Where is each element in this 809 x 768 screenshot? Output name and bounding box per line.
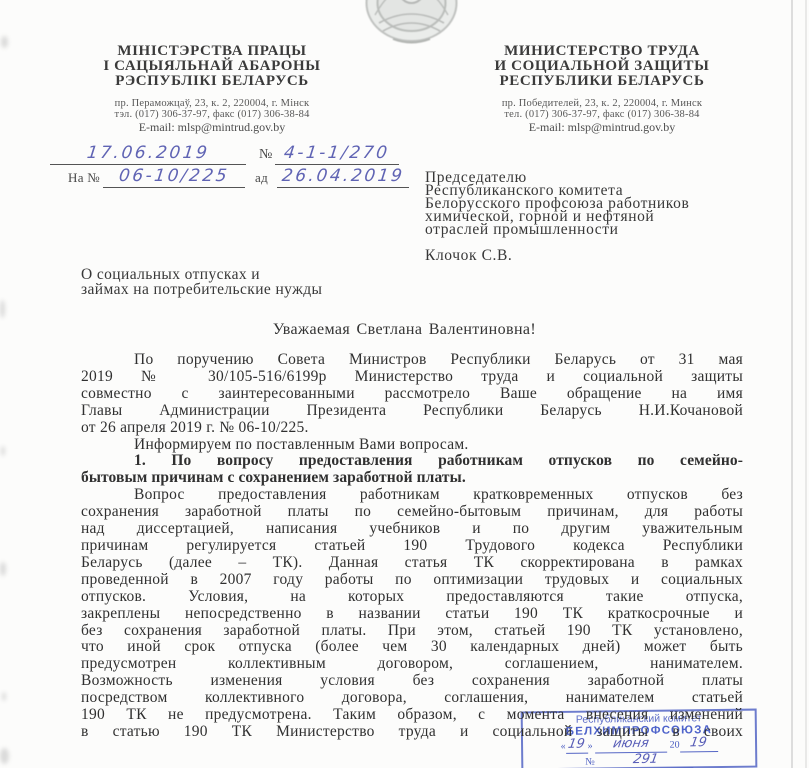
body-line: сохранения заработной платы по семейно-б… bbox=[81, 504, 743, 521]
greeting: Уважаемая Светлана Валентиновна! bbox=[0, 321, 809, 339]
body-line: причинам регулируется статьей 190 Трудов… bbox=[81, 538, 743, 555]
org-address-line: тел. (017) 306-37-97, факс (017) 306-38-… bbox=[420, 110, 784, 121]
org-email: E-mail: mlsp@mintrud.gov.by bbox=[420, 121, 784, 133]
org-email: E-mail: mlsp@mintrud.gov.by bbox=[36, 121, 388, 133]
scan-artifact bbox=[1, 446, 5, 456]
handwritten-stamp-number: 291 bbox=[632, 754, 659, 765]
scan-artifact bbox=[2, 692, 6, 701]
body-line: 190 ТК не предусмотрена. Таким образом, … bbox=[81, 707, 743, 724]
org-address-line: пр. Победителей, 23, к. 2, 220004, г. Ми… bbox=[420, 99, 784, 110]
handwritten-outgoing-number: 4-1-1/270 bbox=[283, 142, 391, 164]
org-address-line: пр. Пераможцаў, 23, к. 2, 220004, г. Мін… bbox=[36, 99, 388, 110]
org-header-russian: МИНИСТЕРСТВО ТРУДА И СОЦИАЛЬНОЙ ЗАЩИТЫ Р… bbox=[420, 44, 784, 133]
org-title-line: И СОЦИАЛЬНОЙ ЗАЩИТЫ bbox=[420, 59, 784, 74]
stamp-number-line: № 291 bbox=[523, 753, 755, 768]
scan-artifact bbox=[1, 36, 8, 48]
org-address: пр. Пераможцаў, 23, к. 2, 220004, г. Мін… bbox=[36, 99, 388, 120]
body-line: посредством коллективного договора, согл… bbox=[81, 690, 743, 707]
addressee-line: отраслей промышленности bbox=[425, 224, 765, 237]
outgoing-number-label: № bbox=[259, 147, 273, 163]
org-title-line: РЕСПУБЛИКИ БЕЛАРУСЬ bbox=[420, 74, 784, 89]
stamp-quote-close: » bbox=[588, 741, 593, 752]
handwritten-outgoing-date: 17.06.2019 bbox=[85, 142, 210, 164]
incoming-number-label: На № bbox=[68, 170, 100, 186]
scan-artifact bbox=[0, 562, 6, 576]
outgoing-date-field: 17.06.2019 bbox=[50, 142, 246, 165]
body-line: проведенной в 2007 году работы по оптими… bbox=[81, 572, 743, 589]
body-line: что иной срок отпуска (более чем 30 кале… bbox=[81, 639, 743, 656]
stamp-year-prefix: 20 bbox=[670, 740, 680, 751]
scan-artifact bbox=[0, 748, 9, 764]
scanned-letter-page: МІНІСТЭРСТВА ПРАЦЫ І САЦЫЯЛЬНАЙ АБАРОНЫ … bbox=[0, 0, 809, 768]
body-line: отпусков. Условия, на которых предоставл… bbox=[81, 589, 743, 606]
org-title-line: МИНИСТЕРСТВО ТРУДА bbox=[420, 44, 784, 59]
body-line: 2019 № 30/105-516/6199р Министерство тру… bbox=[81, 369, 743, 386]
addressee-block: Председателю Республиканского комитета Б… bbox=[425, 172, 765, 262]
scan-edge-line bbox=[805, 0, 807, 768]
incoming-date-field: 26.04.2019 bbox=[277, 165, 409, 188]
body-line: совместно с заинтересованными рассмотрел… bbox=[81, 386, 743, 403]
body-line: закреплены непосредственно в названии ст… bbox=[81, 606, 743, 623]
body-line: без сохранения заработной платы. При это… bbox=[81, 623, 743, 640]
incoming-date-label: ад bbox=[255, 170, 268, 186]
coat-of-arms-icon bbox=[363, 0, 460, 47]
body-line: от 26 апреля 2019 г. № 06-10/225. bbox=[81, 420, 743, 437]
org-address-line: тэл. (017) 306-37-97, факс (017) 306-38-… bbox=[36, 110, 388, 121]
body-line: Беларусь (далее – ТК). Данная статья ТК … bbox=[81, 555, 743, 572]
org-title-line: МІНІСТЭРСТВА ПРАЦЫ bbox=[36, 44, 388, 59]
org-title: МИНИСТЕРСТВО ТРУДА И СОЦИАЛЬНОЙ ЗАЩИТЫ Р… bbox=[420, 44, 784, 89]
subject-line: займах на потребительские нужды bbox=[81, 282, 411, 297]
org-address: пр. Победителей, 23, к. 2, 220004, г. Ми… bbox=[420, 99, 784, 120]
body-line: над диссертацией, написания учебников и … bbox=[81, 521, 743, 538]
body-line: Информируем по поставленным Вами вопроса… bbox=[81, 437, 743, 454]
body-line: предусмотрен коллективным договором, сог… bbox=[81, 656, 743, 673]
body-line: Возможность изменения условия без сохран… bbox=[81, 673, 743, 690]
org-title-line: І САЦЫЯЛЬНАЙ АБАРОНЫ bbox=[36, 59, 388, 74]
body-line: в статью 190 ТК Министерство труда и соц… bbox=[81, 724, 743, 741]
body-line: 1. По вопросу предоставления работникам … bbox=[81, 453, 743, 470]
stamp-number-label: № bbox=[585, 757, 595, 768]
outgoing-number-field: 4-1-1/270 bbox=[275, 142, 399, 165]
body-line: По поручению Совета Министров Республики… bbox=[81, 352, 743, 369]
org-header-belarusian: МІНІСТЭРСТВА ПРАЦЫ І САЦЫЯЛЬНАЙ АБАРОНЫ … bbox=[36, 44, 388, 133]
body-line: Вопрос предоставления работникам кратков… bbox=[81, 487, 743, 504]
body-line: бытовым причинам с сохранением заработно… bbox=[81, 470, 743, 487]
org-title-line: РЭСПУБЛІКІ БЕЛАРУСЬ bbox=[36, 74, 388, 89]
body-line: Главы Администрации Президента Республик… bbox=[81, 403, 743, 420]
scan-edge-line bbox=[791, 0, 793, 768]
addressee-name: Клочок С.В. bbox=[425, 250, 765, 263]
subject-block: О социальных отпусках и займах на потреб… bbox=[81, 267, 411, 297]
subject-line: О социальных отпусках и bbox=[81, 267, 411, 282]
handwritten-incoming-date: 26.04.2019 bbox=[280, 165, 405, 187]
org-title: МІНІСТЭРСТВА ПРАЦЫ І САЦЫЯЛЬНАЙ АБАРОНЫ … bbox=[36, 44, 388, 89]
handwritten-incoming-number: 06-10/225 bbox=[118, 165, 231, 187]
incoming-number-field: 06-10/225 bbox=[103, 165, 245, 188]
letter-body: По поручению Совета Министров Республики… bbox=[81, 352, 743, 741]
scan-artifact bbox=[0, 300, 5, 318]
